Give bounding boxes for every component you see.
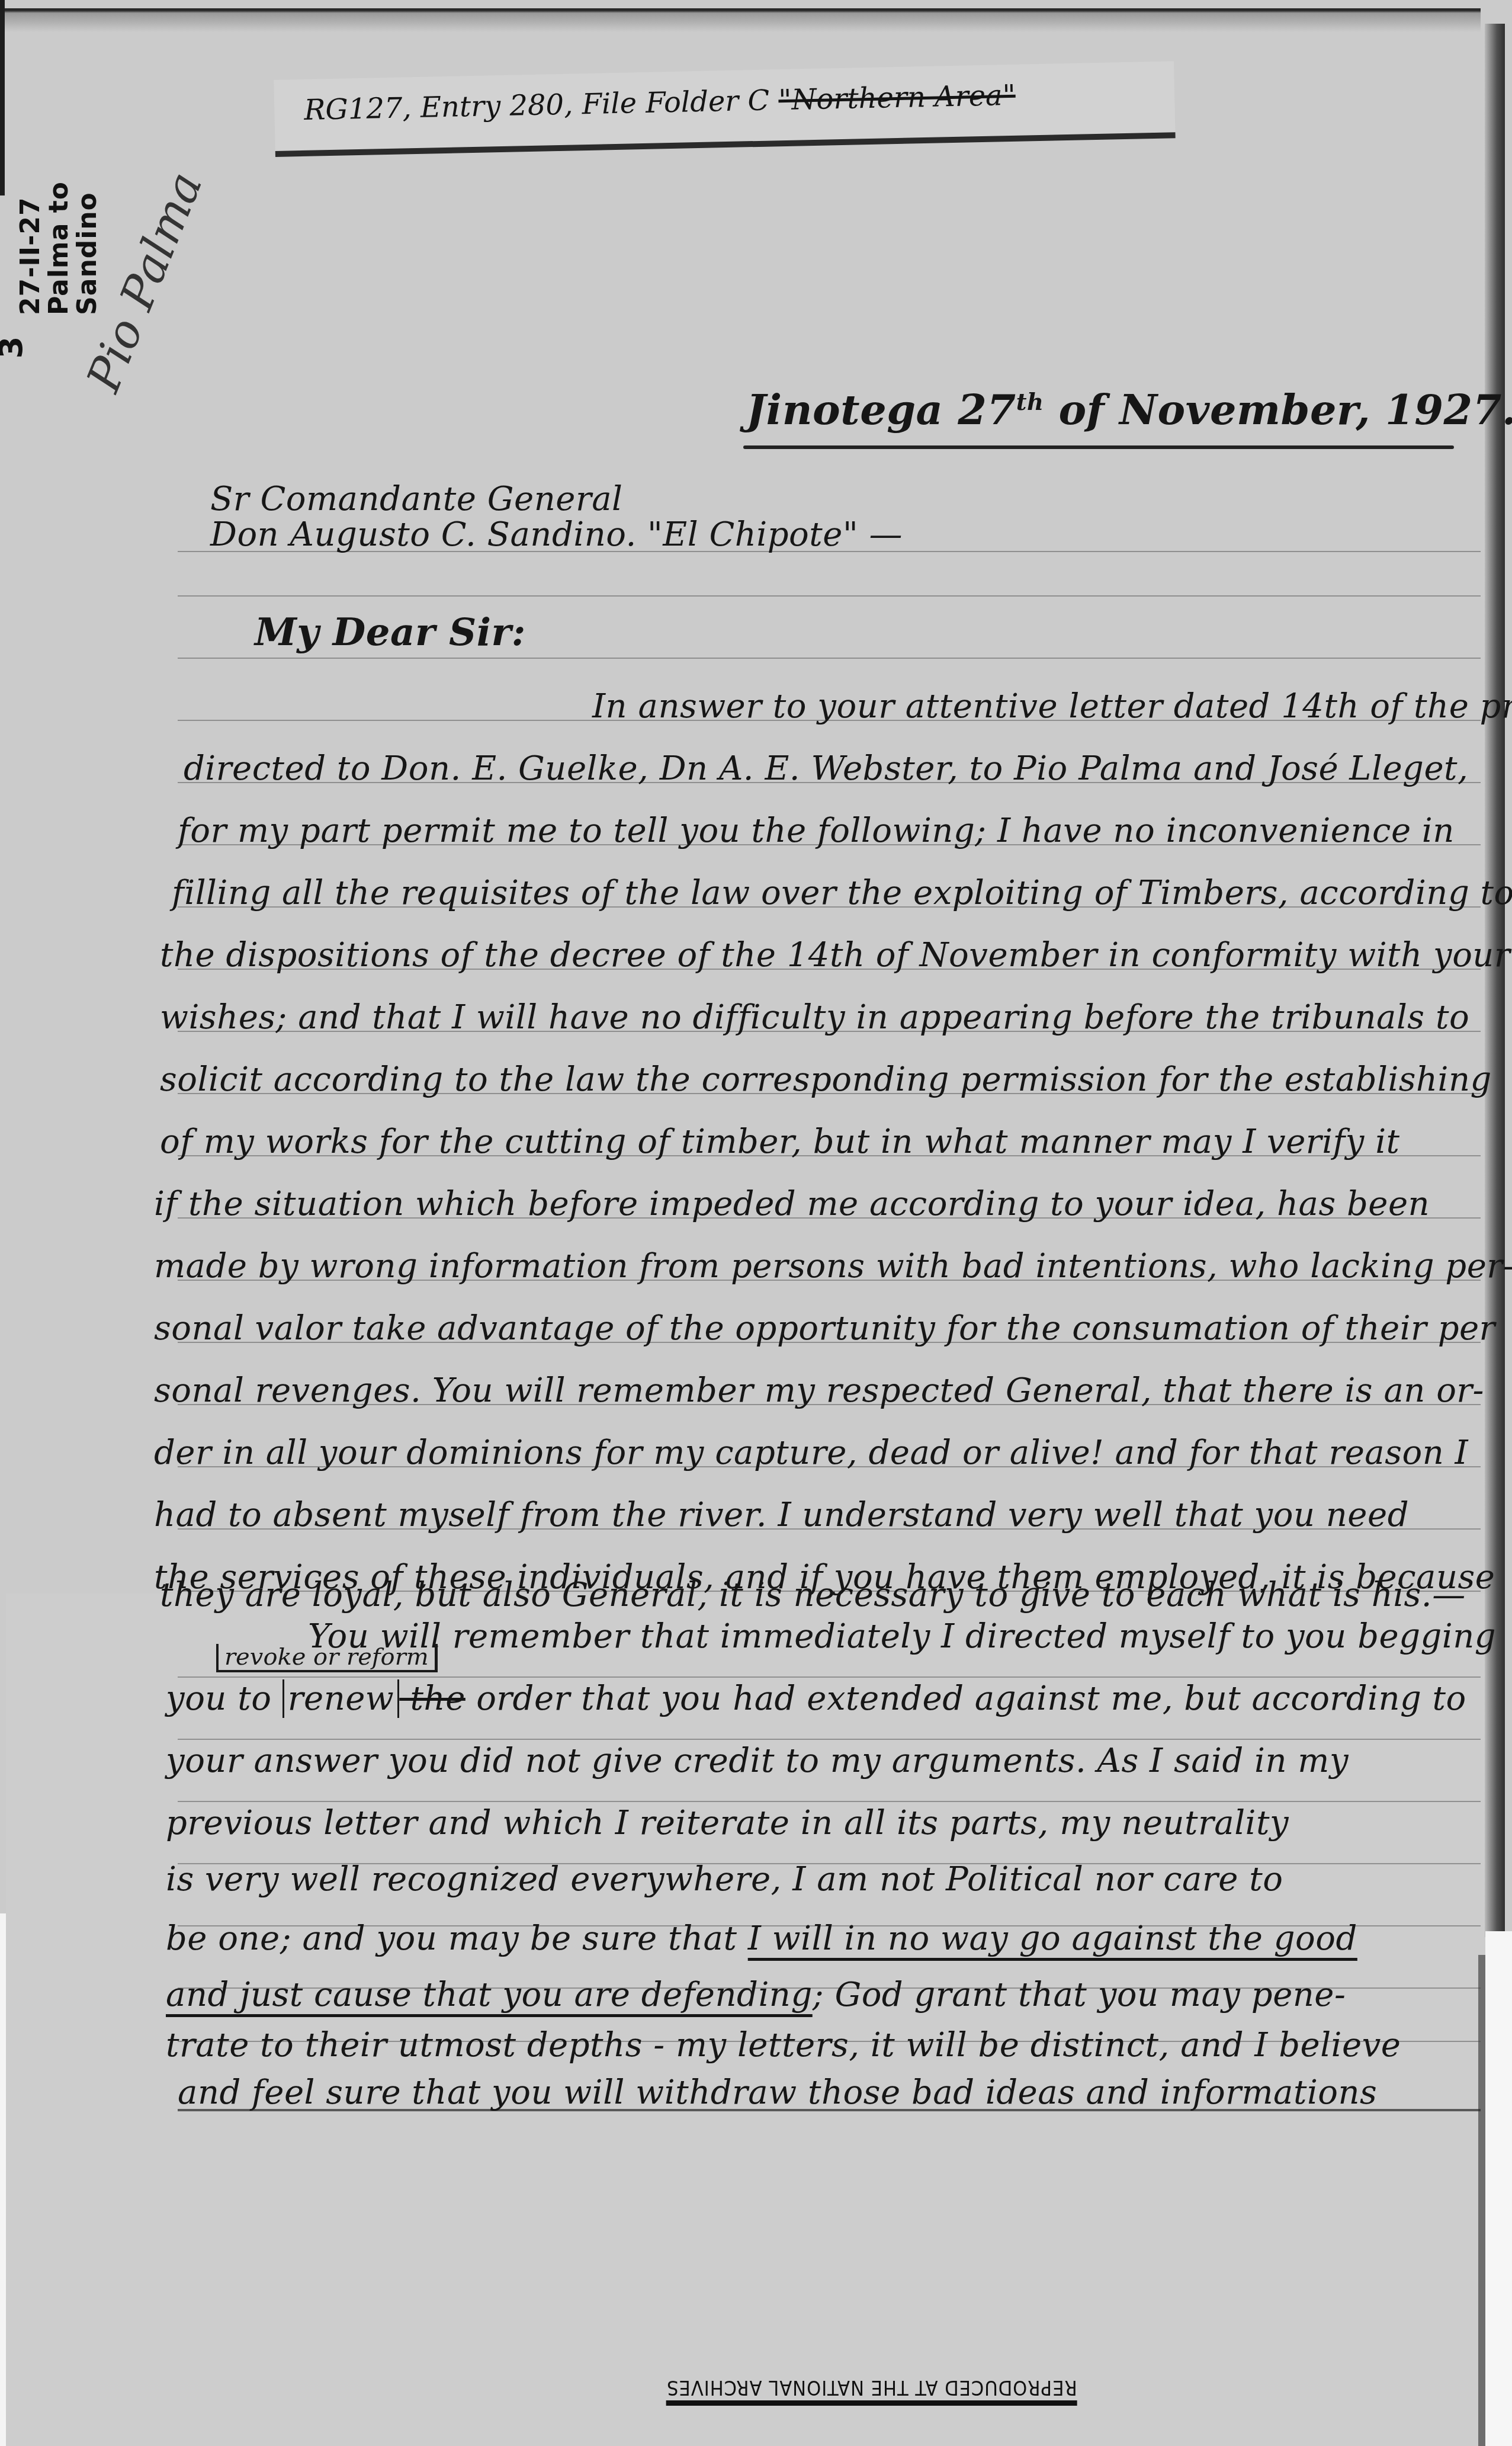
text-segment: ; God grant that you may pene- bbox=[813, 1976, 1346, 2014]
text-segment: you to bbox=[166, 1679, 283, 1718]
ruled-line bbox=[178, 658, 1481, 659]
body-line: and feel sure that you will withdraw tho… bbox=[178, 2073, 1377, 2112]
file-folder-letter: C bbox=[747, 84, 770, 118]
stamp-line: Palma to bbox=[45, 78, 73, 315]
body-line: the dispositions of the decree of the 14… bbox=[160, 936, 1510, 974]
body-line: and just cause that you are defending; G… bbox=[166, 1976, 1346, 2014]
margin-page-number: 3 bbox=[0, 336, 30, 359]
body-line: previous letter and which I reiterate in… bbox=[166, 1804, 1289, 1842]
bracketed-word: renew bbox=[283, 1679, 400, 1718]
scan-margin-left bbox=[0, 1913, 6, 2446]
body-line: wishes; and that I will have no difficul… bbox=[160, 998, 1469, 1037]
date-rest: of November, 1927. bbox=[1044, 385, 1512, 434]
body-line: of my works for the cutting of timber, b… bbox=[160, 1123, 1400, 1161]
pasted-lower-section bbox=[6, 1594, 1487, 2446]
addressee-title: Sr Comandante General bbox=[210, 480, 622, 518]
struck-word: the bbox=[399, 1679, 466, 1718]
text-segment: be one; and you may be sure that bbox=[166, 1919, 748, 1958]
file-label-slip: RG127, Entry 280, File Folder C "Norther… bbox=[274, 61, 1175, 157]
body-line: you to renew the order that you had exte… bbox=[166, 1679, 1466, 1718]
underlined-phrase: and just cause that you are defending bbox=[166, 1976, 813, 2014]
file-label-struck: "Northern Area" bbox=[778, 79, 1016, 117]
body-line: had to absent myself from the river. I u… bbox=[154, 1496, 1409, 1534]
body-line: for my part permit me to tell you the fo… bbox=[178, 812, 1455, 850]
body-line: trate to their utmost depths - my letter… bbox=[166, 2026, 1401, 2064]
body-line: if the situation which before impeded me… bbox=[154, 1185, 1430, 1223]
body-line: is very well recognized everywhere, I am… bbox=[166, 1860, 1283, 1899]
body-line: sonal revenges. You will remember my res… bbox=[154, 1371, 1484, 1410]
salutation: My Dear Sir: bbox=[255, 610, 526, 655]
ruled-line bbox=[178, 1739, 1481, 1740]
date-day-suffix: th bbox=[1016, 389, 1044, 416]
margin-date-stamp: 27-II-27 Palma to Sandino bbox=[17, 78, 102, 315]
right-edge-shadow bbox=[1478, 1955, 1485, 2446]
ruled-line bbox=[178, 1676, 1481, 1678]
ruled-line bbox=[178, 1801, 1481, 1802]
body-line: made by wrong information from persons w… bbox=[154, 1247, 1512, 1285]
binding-edge bbox=[0, 0, 5, 195]
text-segment: order that you had extended against me, … bbox=[466, 1679, 1466, 1718]
body-line: solicit according to the law the corresp… bbox=[160, 1060, 1492, 1099]
underlined-phrase: I will in no way go against the good bbox=[748, 1919, 1357, 1958]
body-line: they are loyal, but also General, it is … bbox=[160, 1576, 1466, 1614]
file-label-prefix: RG127, Entry 280, File Folder bbox=[304, 84, 748, 127]
torn-top-edge bbox=[0, 8, 1481, 32]
date-day: 27 bbox=[958, 385, 1016, 434]
body-line: be one; and you may be sure that I will … bbox=[166, 1919, 1357, 1958]
stamp-line: 27-II-27 bbox=[17, 78, 45, 315]
date-line: Jinotega 27th of November, 1927. bbox=[746, 385, 1512, 434]
body-line: In answer to your attentive letter dated… bbox=[592, 687, 1512, 726]
stamp-line: Sandino bbox=[73, 78, 102, 315]
body-line: sonal valor take advantage of the opport… bbox=[154, 1309, 1495, 1348]
document-page: 27-II-27 Palma to Sandino 3 Pio Palma RG… bbox=[0, 0, 1512, 2446]
date-underline-flourish bbox=[743, 445, 1454, 449]
body-line: filling all the requisites of the law ov… bbox=[172, 874, 1512, 912]
body-line: your answer you did not give credit to m… bbox=[166, 1742, 1349, 1780]
date-place: Jinotega bbox=[746, 385, 943, 434]
addressee-name: Don Augusto C. Sandino. "El Chipote" — bbox=[210, 515, 903, 554]
body-line: directed to Don. E. Guelke, Dn A. E. Web… bbox=[184, 749, 1468, 788]
insertion-note: revoke or reform bbox=[216, 1644, 438, 1672]
body-line: You will remember that immediately I dir… bbox=[308, 1617, 1496, 1656]
ruled-line bbox=[178, 595, 1481, 597]
file-label: RG127, Entry 280, File Folder C "Norther… bbox=[304, 79, 1016, 127]
archives-stamp: REPRODUCED AT THE NATIONAL ARCHIVES bbox=[666, 2376, 1077, 2406]
scan-margin-right bbox=[1485, 1931, 1512, 2446]
body-line: der in all your dominions for my capture… bbox=[154, 1434, 1468, 1472]
